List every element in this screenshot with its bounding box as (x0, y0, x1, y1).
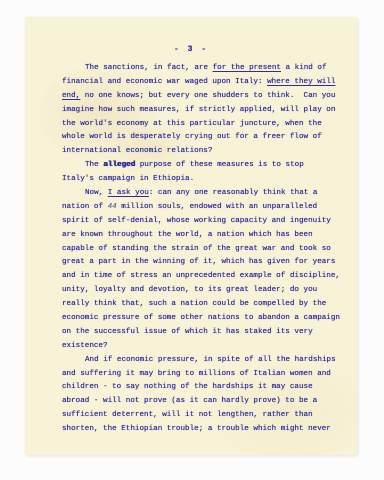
typescript-line: really think that, such a nation could b… (62, 298, 345, 312)
text-segment: abroad - will not prove (as it can hardl… (62, 397, 317, 405)
text-segment: And if economic pressure, in spite of al… (85, 356, 336, 364)
typescript-line: unity, loyalty and devotion, to its grea… (62, 284, 345, 298)
typescript-line: Now, I ask you: can any one reasonably t… (62, 187, 345, 201)
text-segment: whole world is desperately crying out fo… (62, 133, 322, 141)
typescript-line: whole world is desperately crying out fo… (62, 131, 345, 145)
typescript-line: are known throughout the world, a nation… (62, 229, 345, 243)
typescript-line: and in time of stress an unprecedented e… (62, 270, 345, 284)
text-segment: imagine how such measures, if strictly a… (62, 106, 335, 114)
typescript-line: end, no one knows; but every one shudder… (62, 90, 345, 104)
typescript-line: Italy's campaign in Ethiopia. (62, 173, 345, 187)
typescript-line: great a part in the winning of it, which… (62, 256, 345, 270)
document-body: The sanctions, in fact, are for the pres… (25, 62, 357, 437)
text-segment: capable of standing the strain of the gr… (62, 245, 331, 253)
text-segment: end, (62, 92, 80, 100)
typescript-line: capable of standing the strain of the gr… (62, 243, 345, 257)
typescript-line: economic pressure of some other nations … (62, 312, 345, 326)
text-segment: and suffering it may bring to millions o… (62, 370, 331, 378)
text-segment: the world's economy at this particular j… (62, 120, 322, 128)
text-segment: on the successful issue of which it has … (62, 328, 313, 336)
typescript-line: and suffering it may bring to millions o… (62, 368, 345, 382)
text-segment: The (85, 161, 103, 169)
text-segment: Italy's campaign in Ethiopia. (62, 175, 194, 183)
typescript-line: international economic relations? (62, 145, 345, 159)
text-segment: shorten, the Ethiopian trouble; a troubl… (62, 425, 331, 433)
scan-background: - 3 - The sanctions, in fact, are for th… (0, 0, 384, 480)
text-segment: unity, loyalty and devotion, to its grea… (62, 286, 317, 294)
typescript-line: on the successful issue of which it has … (62, 326, 345, 340)
text-segment: children - to say nothing of the hardshi… (62, 383, 313, 391)
document-page: - 3 - The sanctions, in fact, are for th… (25, 17, 357, 455)
typescript-line: nation of 44 million souls, endowed with… (62, 201, 345, 215)
text-segment: financial and economic war waged upon It… (62, 78, 267, 86)
text-segment: sufficient deterrent, will it not length… (62, 411, 313, 419)
typescript-line: financial and economic war waged upon It… (62, 76, 345, 90)
typescript-line: And if economic pressure, in spite of al… (62, 354, 345, 368)
typescript-line: children - to say nothing of the hardshi… (62, 381, 345, 395)
text-segment: economic pressure of some other nations … (62, 314, 340, 322)
text-segment: great a part in the winning of it, which… (62, 258, 335, 266)
typescript-line: The sanctions, in fact, are for the pres… (62, 62, 345, 76)
text-segment: are known throughout the world, a nation… (62, 231, 313, 239)
text-segment: and in time of stress an unprecedented e… (62, 272, 340, 280)
page-number: - 3 - (25, 17, 357, 54)
text-segment: I ask you (108, 189, 149, 197)
text-segment: international economic relations? (62, 147, 212, 155)
typescript-line: the world's economy at this particular j… (62, 118, 345, 132)
typescript-line: sufficient deterrent, will it not length… (62, 409, 345, 423)
text-segment: existence? (62, 342, 108, 350)
text-segment: no one knows; but every one shudders to … (80, 92, 335, 100)
text-segment: Now, (85, 189, 108, 197)
typescript-line: existence? (62, 340, 345, 354)
text-segment: alleged (103, 161, 135, 169)
typescript-line: imagine how such measures, if strictly a… (62, 104, 345, 118)
text-segment: million souls, endowed with an unparalle… (117, 203, 318, 211)
typescript-line: The alleged purpose of these measures is… (62, 159, 345, 173)
text-segment: for the present (213, 64, 281, 72)
typescript-line: abroad - will not prove (as it can hardl… (62, 395, 345, 409)
text-segment: : can any one reasonably think that a (149, 189, 318, 197)
text-segment: spirit of self-denial, whose working cap… (62, 217, 331, 225)
text-segment: The sanctions, in fact, are (85, 64, 213, 72)
typescript-line: spirit of self-denial, whose working cap… (62, 215, 345, 229)
text-segment: nation of (62, 203, 108, 211)
text-segment: purpose of these measures is to stop (135, 161, 304, 169)
text-segment: 44 (108, 203, 117, 211)
text-segment: where they will (267, 78, 335, 86)
typescript-line: shorten, the Ethiopian trouble; a troubl… (62, 423, 345, 437)
text-segment: a kind of (281, 64, 327, 72)
text-segment: really think that, such a nation could b… (62, 300, 326, 308)
